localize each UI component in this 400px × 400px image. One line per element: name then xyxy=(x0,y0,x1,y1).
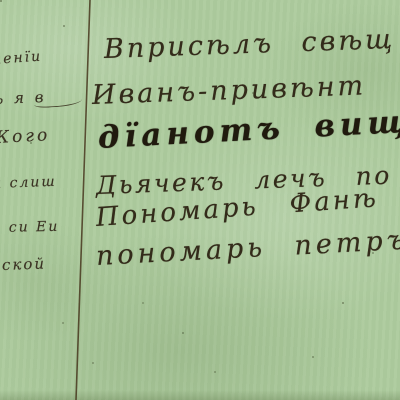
margin-note: а си Еи xyxy=(0,219,59,236)
margin-note: Кого xyxy=(0,125,51,148)
manuscript-line: Вприсѣлъ свѣщ xyxy=(103,24,395,65)
manuscript-page: ненїи ѣ я в Кого н слиш а си Еи ской Впр… xyxy=(0,0,400,400)
manuscript-line: Иванъ-привѣнт xyxy=(91,70,366,111)
margin-note: н слиш xyxy=(0,174,57,192)
manuscript-line-bold: дїанотъ вищи xyxy=(97,102,400,156)
margin-note: ской xyxy=(2,254,47,274)
manuscript-line: пономарь петръ xyxy=(95,225,400,272)
pen-flourish-stroke xyxy=(34,95,83,108)
paper-specks xyxy=(0,0,2,2)
margin-note: ненїи xyxy=(0,49,43,68)
